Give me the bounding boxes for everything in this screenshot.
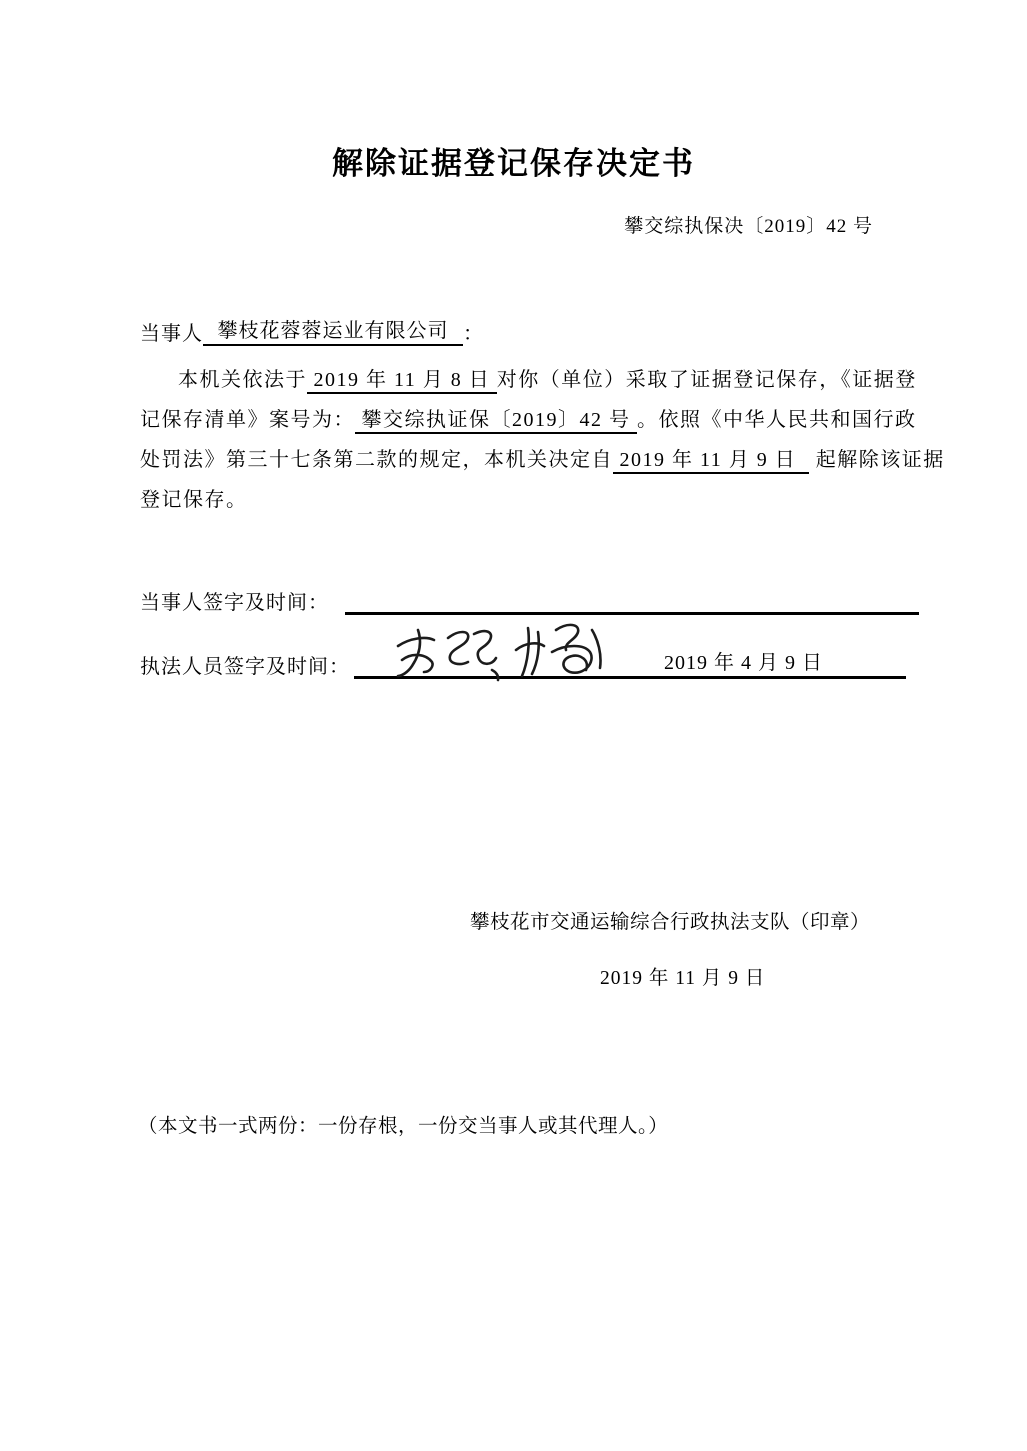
party-signature-blank-line: [345, 586, 919, 615]
body-line-1: 本机关依法于 2019 年 11 月 8 日 对你（单位）采取了证据登记保存，《…: [140, 360, 915, 400]
officer-signature-label: 执法人员签字及时间：: [140, 656, 350, 678]
document-page: 解除证据登记保存决定书 攀交综执保决〔2019〕42 号 当事人攀枝花蓉蓉运业有…: [0, 0, 1027, 1451]
underlined-fill-in-value: 2019 年 11 月 9 日: [613, 449, 809, 474]
party-signature-row: 当事人签字及时间：: [140, 586, 919, 615]
party-label: 当事人: [140, 323, 203, 345]
body-text-segment: 起解除该证据: [809, 449, 945, 471]
body-line-3: 处罚法》第三十七条第二款的规定，本机关决定自 2019 年 11 月 9 日 起…: [140, 440, 915, 480]
underlined-fill-in-value: 攀交综执证保〔2019〕42 号: [355, 409, 637, 434]
body-paragraph: 本机关依法于 2019 年 11 月 8 日 对你（单位）采取了证据登记保存，《…: [140, 360, 915, 520]
body-text-segment: 登记保存。: [140, 489, 248, 511]
body-text-segment: 。依照《中华人民共和国行政: [637, 409, 917, 431]
body-text-segment: 记保存清单》案号为：: [140, 409, 355, 431]
page-title: 解除证据登记保存决定书: [0, 138, 1027, 183]
issue-date: 2019 年 11 月 9 日: [600, 962, 765, 990]
body-line-2: 记保存清单》案号为： 攀交综执证保〔2019〕42 号 。依照《中华人民共和国行…: [140, 400, 915, 440]
party-colon: ：: [463, 323, 484, 345]
officer-signature-date: 2019 年 4 月 9 日: [664, 646, 823, 675]
party-line: 当事人攀枝花蓉蓉运业有限公司：: [140, 314, 484, 346]
body-text-segment: 本机关依法于: [178, 369, 307, 391]
handwritten-signature-second-icon: [514, 620, 624, 682]
officer-signature-row: 执法人员签字及时间： 2019 年 4 月 9 日: [140, 650, 906, 679]
body-line-4: 登记保存。: [140, 480, 915, 520]
party-name-field: 攀枝花蓉蓉运业有限公司: [203, 314, 463, 346]
underlined-fill-in-value: 2019 年 11 月 8 日: [307, 369, 497, 394]
document-number: 攀交综执保决〔2019〕42 号: [0, 211, 873, 238]
body-text-segment: 处罚法》第三十七条第二款的规定，本机关决定自: [140, 449, 613, 471]
issuing-authority: 攀枝花市交通运输综合行政执法支队（印章）: [470, 906, 870, 934]
officer-signature-line: 2019 年 4 月 9 日: [354, 650, 906, 679]
handwritten-signature-li-qiang-icon: [392, 624, 504, 682]
copies-footnote: （本文书一式两份：一份存根，一份交当事人或其代理人。）: [138, 1110, 668, 1138]
party-signature-label: 当事人签字及时间：: [140, 592, 329, 614]
body-text-segment: 对你（单位）采取了证据登记保存，《证据登: [497, 369, 917, 391]
